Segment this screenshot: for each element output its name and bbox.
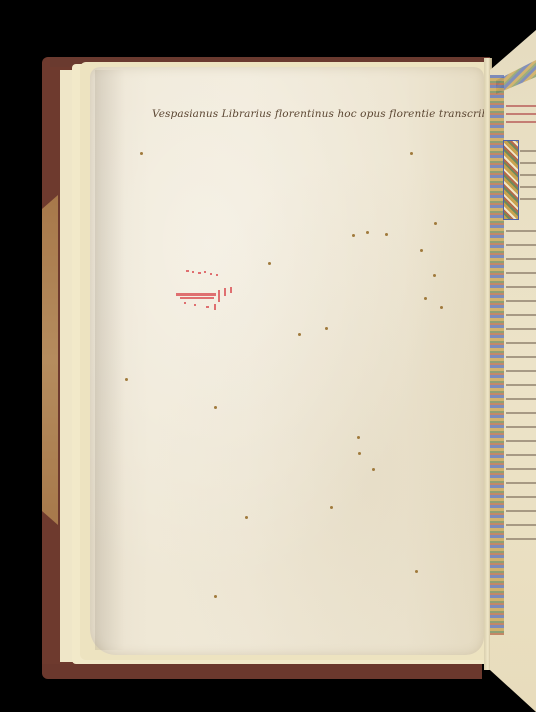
right-page-text: [0, 0, 536, 712]
